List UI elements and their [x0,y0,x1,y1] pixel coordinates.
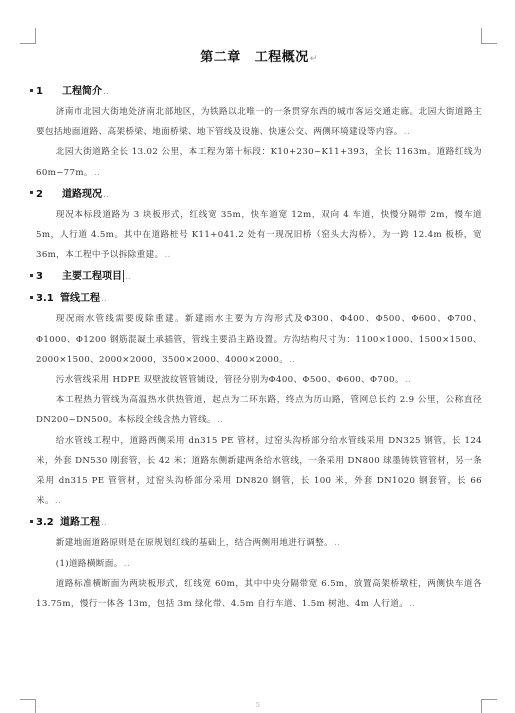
heading-title: 道路现况 [62,189,102,200]
document-page[interactable]: 第二章工程概况↵ 1工程简介.. 济南市北园大街地处济南北部地区，为铁路以北唯一… [36,40,482,614]
heading-bullet-icon [30,296,33,299]
heading-title: 管线工程 [60,293,100,304]
heading-2[interactable]: 2道路现况.. [30,185,482,205]
paragraph[interactable]: 本工程热力管线为高温热水供热管道，起点为二环东路，终点为历山路，管网总长约 2.… [36,390,482,430]
heading-1[interactable]: 1工程简介.. [30,82,482,102]
heading-number: 3.1 [36,289,60,309]
heading-bullet-icon [30,89,33,92]
heading-bullet-icon [30,520,33,523]
heading-bullet-icon [30,274,33,277]
page-corner-bottom-left [20,699,36,713]
paragraph[interactable]: 现况雨水管线需要废除重建。新建雨水主要为方沟形式及Φ300、Φ400、Φ500、… [36,309,482,370]
paragraph[interactable]: 道路标准横断面为两块板形式，红线宽 60m，其中中央分隔带宽 6.5m，放置高架… [36,574,482,614]
paragraph[interactable]: 现况本标段道路为 3 块板形式，红线宽 35m，快车道宽 12m，双向 4 车道… [36,205,482,266]
paragraph-mark-icon: ↵ [310,54,318,64]
heading-number: 1 [36,82,62,102]
heading-3-2[interactable]: 3.2道路工程.. [30,513,482,533]
heading-3[interactable]: 3主要工程项目.. [30,267,482,287]
page-corner-bottom-right [481,699,497,713]
heading-number: 3 [36,267,62,287]
heading-3-1[interactable]: 3.1管线工程.. [30,289,482,309]
heading-bullet-icon [30,191,33,194]
heading-number: 3.2 [36,513,60,533]
paragraph[interactable]: 北园大街道路全长 13.02 公里，本工程为第十标段：K10+230~K11+3… [36,142,482,182]
chapter-number: 第二章 [200,50,241,65]
heading-title: 工程简介 [62,86,102,97]
text-cursor [123,270,124,282]
page-corner-top-left [20,28,36,44]
heading-number: 2 [36,185,62,205]
paragraph[interactable]: 新建地面道路原则是在原规划红线的基础上，结合两侧用地进行调整。.. [36,533,482,553]
paragraph[interactable]: 济南市北园大街地处济南北部地区，为铁路以北唯一的一条贯穿东西的城市客运交通走廊。… [36,102,482,142]
heading-title: 主要工程项目 [62,271,122,282]
page-number: 5 [256,702,260,709]
paragraph[interactable]: (1)道路横断面。.. [36,554,482,574]
paragraph[interactable]: 给水管线工程中，道路西侧采用 dn315 PE 管材，过窑头沟桥部分给水管线采用… [36,431,482,512]
paragraph[interactable]: 污水管线采用 HDPE 双壁波纹管管铺设，管径分别为Φ400、Φ500、Φ600… [36,370,482,390]
chapter-title: 第二章工程概况↵ [36,48,482,68]
footer-mark: . [38,702,40,709]
heading-title: 道路工程 [60,517,100,528]
page-corner-top-right [481,28,497,44]
chapter-name: 工程概况 [255,50,309,65]
